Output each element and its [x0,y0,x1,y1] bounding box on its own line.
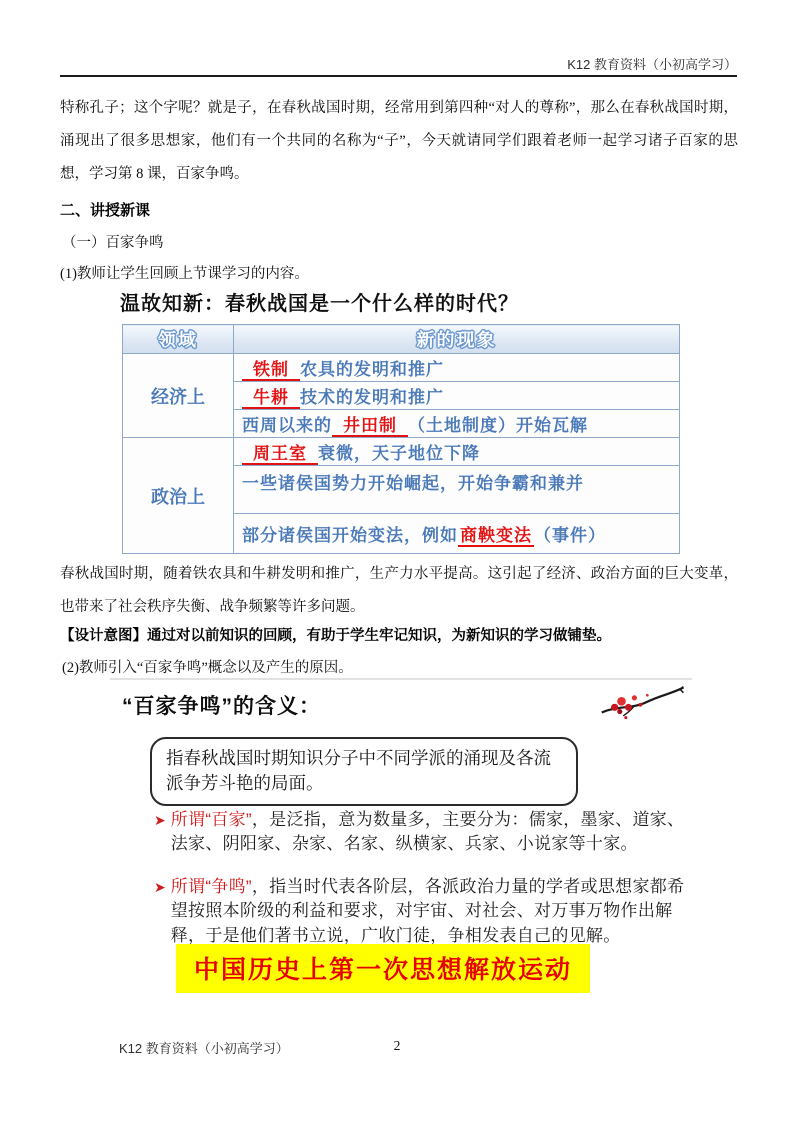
category-economy: 经济上 [123,354,234,438]
header-cell-domain: 领域 [123,325,234,354]
table-cell: 牛耕技术的发明和推广 [234,382,680,410]
bullet-lead-text: 所谓“争鸣” [171,877,252,896]
list-item: ➤ 所谓“百家”，是泛指，意为数量多，主要分为：儒家，墨家、道家、法家、阴阳家、… [154,808,688,856]
category-politics: 政治上 [123,438,234,554]
table-cell: 周王室衰微，天子地位下降 [234,438,680,466]
table-cell: 部分诸侯国开始变法，例如商鞅变法（事件） [234,514,680,554]
design-intent-paragraph: 【设计意图】通过对以前知识的回顾，有助于学生牢记知识，为新知识的学习做铺垫。 [60,624,738,645]
fill-in-answer: 商鞅变法 [458,526,534,547]
fill-in-answer: 井田制 [332,416,408,437]
review-slide-image: 温故知新：春秋战国是一个什么样的时代？ 领域 新的现象 经济上 铁制农具的发明和… [110,284,692,546]
section-heading: 二、讲授新课 [60,199,150,220]
intro-paragraph: 特称孔子；这个字呢？就是子，在春秋战国时期，经常用到第四种“对人的尊称”，那么在… [60,92,738,191]
header-text: K12 教育资料（小初高学习） [567,57,737,72]
table-row: 经济上 铁制农具的发明和推广 [123,354,680,382]
definition-box: 指春秋战国时期知识分子中不同学派的涌现及各流派争芳斗艳的局面。 [150,737,578,806]
arrow-bullet-icon: ➤ [154,875,166,899]
bullet-list: ➤ 所谓“百家”，是泛指，意为数量多，主要分为：儒家，墨家、道家、法家、阴阳家、… [154,808,688,967]
summary-paragraph: 春秋战国时期，随着铁农具和牛耕发明和推广，生产力水平提高。这引起了经济、政治方面… [60,558,738,624]
meaning-slide-image: “百家争鸣”的含义： 指春秋战国时期知识分子中不同学派的涌现及各流派争芳斗艳的局… [110,678,692,1002]
highlight-banner: 中国历史上第一次思想解放运动 [176,944,590,993]
table-cell: 铁制农具的发明和推广 [234,354,680,382]
list-item: ➤ 所谓“争鸣”，指当时代表各阶层，各派政治力量的学者或思想家都希望按照本阶级的… [154,875,688,947]
header-cell-phenomenon: 新的现象 [234,325,680,354]
table-cell: 西周以来的井田制（土地制度）开始瓦解 [234,410,680,438]
fill-in-answer: 周王室 [242,444,318,465]
header-divider [60,75,737,77]
slide2-title: “百家争鸣”的含义： [122,690,321,720]
table-cell: 一些诸侯国势力开始崛起，开始争霸和兼并 [234,466,680,514]
table-row: 政治上 周王室衰微，天子地位下降 [123,438,680,466]
arrow-bullet-icon: ➤ [154,808,166,832]
bullet-lead-text: 所谓“百家” [171,810,252,829]
plum-blossom-icon [600,682,686,724]
table-header-row: 领域 新的现象 [123,325,680,354]
fill-in-answer: 牛耕 [242,388,300,409]
page-number: 2 [0,1038,794,1054]
review-table: 领域 新的现象 经济上 铁制农具的发明和推广 牛耕技术的发明和推广 西周以来的井… [122,324,680,554]
fill-in-answer: 铁制 [242,360,300,381]
step2-text: (2)教师引入“百家争鸣”概念以及产生的原因。 [62,656,353,677]
step1-text: (1)教师让学生回顾上节课学习的内容。 [60,262,309,283]
page-header: K12 教育资料（小初高学习） [60,54,737,73]
slide1-title: 温故知新：春秋战国是一个什么样的时代？ [110,284,692,324]
subsection-heading: （一）百家争鸣 [62,231,164,252]
